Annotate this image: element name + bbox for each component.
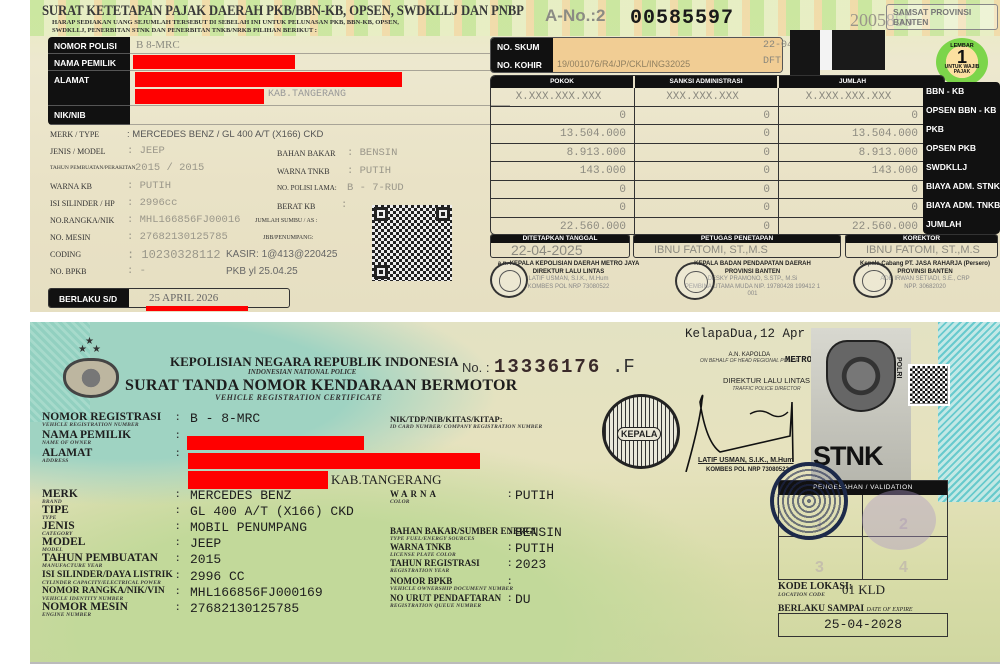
tax-cell-jumlah: 0 [779,107,926,125]
tax-row: 22.560.000022.560.000 [491,218,944,236]
redaction-smudge [790,30,820,75]
redaction-bar [133,55,295,69]
validation-stamp-icon [862,490,936,550]
field-label: ALAMATADDRESS [42,448,92,464]
tahun-value: 2015 / 2015 [135,162,204,174]
tax-cell-sanksi: XXX.XXX.XXX [635,88,779,106]
ditetapkan-tanggal: DITETAPKAN TANGGAL 22-04-2025 [490,234,630,258]
kepala-stamp-icon: KEPALA [602,394,680,469]
tax-cell-sanksi: 0 [635,144,779,162]
field-label: ISI SILINDER/DAYA LISTRIKCYLINDER CAPACI… [42,570,173,586]
signer-name: LATIF USMAN, S.I.K., M.Hum [698,457,794,464]
field-label: NOMOR RANGKA/NIK/VINVEHICLE IDENTITY NUM… [42,586,165,602]
tax-cell-pokok: 8.913.000 [491,144,635,162]
berlaku-sd-value: 25 APRIL 2026 [129,289,289,307]
no-polisi-lama-value: B - 7-RUD [347,182,404,194]
tax-cell-pokok: 13.504.000 [491,125,635,143]
tax-row: 13.504.000013.504.000 [491,125,944,144]
row-nama-pemilik: NAMA PEMILIK [48,54,510,71]
redaction-bar [135,72,402,87]
korektor: KOREKTOR IBNU FATOMI, ST.,M.S [845,234,998,258]
tax-cell-pokok: 0 [491,181,635,199]
police-shield-icon [826,340,896,412]
tax-cell-pokok: 143.000 [491,162,635,180]
petugas-penetapan: PETUGAS PENETAPAN IBNU FATOMI, ST.,M.S [633,234,841,258]
signing-section: DITETAPKAN TANGGAL 22-04-2025 PETUGAS PE… [490,234,998,258]
kasir-note: KASIR: 1@413@220425 [226,249,337,260]
field-value: 2996 CC [190,569,245,584]
field-value: PUTIH [515,488,554,503]
field-label: NOMOR MESINENGINE NUMBER [42,602,128,618]
field-value: GL 400 A/T (X166) CKD [190,504,354,519]
tax-cell-jumlah: X.XXX.XXX.XXX [779,88,926,106]
tax-cell-jumlah: 13.504.000 [779,125,926,143]
field-value: MOBIL PENUMPANG [190,520,307,535]
field-value: 2023 [515,557,546,572]
signer-nrp: KOMBES POL NRP 73080522 [706,467,789,473]
field-label: MERKBRAND [42,489,78,505]
redaction-bar [188,453,480,469]
kode-lokasi-value: 01 KLD [842,582,885,598]
field-label: NAMA PEMILIKNAME OF OWNER [42,430,131,446]
berlaku-sd-box: BERLAKU S/D 25 APRIL 2026 [48,288,290,308]
stnk-hologram: STNK [811,328,911,488]
warna-tnkb-value: : PUTIH [347,165,391,177]
samsat-label: SAMSAT PROVINSI BANTEN [886,4,998,30]
document-serial: 00585597 [630,7,734,30]
tax-cell-jumlah: 8.913.000 [779,144,926,162]
field-label: TAHUN PEMBUATANMANUFACTURE YEAR [42,553,158,569]
field-value: 27682130125785 [190,601,299,616]
qr-code [372,205,452,281]
redaction-bar [146,306,248,311]
jasa-raharja-seal-icon [853,262,893,298]
owner-identity-box: NOMOR POLISI B 8-MRC NAMA PEMILIK ALAMAT… [48,37,510,125]
tax-cell-pokok: 0 [491,107,635,125]
tax-row: X.XXX.XXX.XXXXXX.XXX.XXXX.XXX.XXX.XXX [491,88,944,107]
warna-kb-value: : PUTIH [127,180,171,192]
tax-cell-jumlah: 0 [779,199,926,217]
field-value: BENSIN [515,525,562,540]
row-nomor-polisi: NOMOR POLISI B 8-MRC [48,37,510,54]
merk-type-value: : MERCEDES BENZ / GL 400 A/T (X166) CKD [127,129,323,140]
field-label: WARNACOLOR [390,489,439,505]
skum-kohir-box: NO. SKUM NO. KOHIR 19/001076/R4/JP/CKL/I… [490,37,783,73]
form-number: A-No.:2 [545,6,605,26]
field-value: B - 8-MRC [190,411,260,426]
field-value: MERCEDES BENZ [190,488,291,503]
field-value: MHL166856FJ000169 [190,585,323,600]
stnk-number: 13336176 [494,356,601,378]
nomor-polisi-value: B 8-MRC [130,37,510,54]
skum-value [553,38,782,56]
dft-label: DFT [763,56,781,67]
skpd-title: SURAT KETETAPAN PAJAK DAERAH PKB/BBN-KB,… [42,3,524,20]
police-seal-icon [490,262,528,298]
tax-row: 8.913.00008.913.000 [491,144,944,163]
no-mesin-value: : 27682130125785 [127,231,228,243]
tax-cell-sanksi: 0 [635,162,779,180]
tax-row: 000 [491,181,944,200]
field-label: MODELMODEL [42,537,85,553]
field-value: JEEP [190,536,221,551]
skpd-instructions: HARAP SEDIAKAN UANG SEJUMLAH TERSEBUT DI… [52,19,472,35]
redaction-smudge [830,30,885,70]
star-icon: ★ [78,344,87,355]
tax-cell-pokok: X.XXX.XXX.XXX [491,88,635,106]
row-nik-nib: NIK/NIB [48,106,510,125]
tax-cell-sanksi: 0 [635,199,779,217]
jenis-model-value: : JEEP [127,145,165,157]
field-value: PUTIH [515,541,554,556]
tax-cell-sanksi: 0 [635,181,779,199]
field-label: JENISCATEGORY [42,521,75,537]
tax-cell-pokok: 22.560.000 [491,218,635,236]
tax-row-labels: BBN - KB OPSEN BBN - KB PKB OPSEN PKB SW… [923,82,1000,234]
redaction-bar [187,436,364,450]
field-label: NO URUT PENDAFTARANREGISTRATION QUEUE NU… [390,593,501,609]
field-label: NOMOR BPKBVEHICLE OWNERSHIP DOCUMENT NUM… [390,576,513,592]
tax-cell-sanksi: 0 [635,125,779,143]
tax-row: 000 [491,199,944,218]
alamat-kabupaten: KAB.TANGERANG [268,89,346,100]
kepala-blue-stamp-icon [770,462,848,540]
tax-cell-jumlah: 143.000 [779,162,926,180]
tax-cell-pokok: 0 [491,199,635,217]
berlaku-sampai-value: 25-04-2028 [778,613,948,637]
tax-cell-sanksi: 0 [635,218,779,236]
field-label: NOMOR REGISTRASIVEHICLE REGISTRATION NUM… [42,412,161,428]
polri-emblem-icon: ★ ★ ★ [63,344,119,396]
no-rangka-value: : MHL166856FJ00016 [127,214,240,226]
row-alamat: ALAMAT KAB.TANGERANG [48,71,510,106]
isi-silinder-value: : 2996cc [127,197,177,209]
tax-row: 000 [491,107,944,126]
vehicle-details: MERK / TYPE : MERCEDES BENZ / GL 400 A/T… [50,127,490,292]
coding-value: : 10230328112 [127,248,221,262]
tax-cell-jumlah: 22.560.000 [779,218,926,236]
pkb-note: PKB yl 25.04.25 [226,266,298,277]
tax-table: POKOK SANKSI ADMINISTRASI JUMLAH X.XXX.X… [490,75,945,235]
tax-cell-sanksi: 0 [635,107,779,125]
field-label: WARNA TNKBLICENSE PLATE COLOR [390,542,456,558]
field-label: TIPETYPE [42,505,69,521]
tax-row: 143.0000143.000 [491,162,944,181]
field-label: TAHUN REGISTRASIREGISTRATION YEAR [390,558,480,574]
stnk-certificate: ★ ★ ★ KEPOLISIAN NEGARA REPUBLIK INDONES… [30,322,1000,662]
redaction-bar [135,89,264,104]
redaction-bar [188,471,328,489]
nik-label: NIK/TDP/NIB/KITAS/KITAP: ID CARD NUMBER/… [390,414,542,430]
kohir-value: 19/001076/R4/JP/CKL/ING32025 [553,56,782,73]
no-bpkb-value: : - [127,265,146,277]
field-value: DU [515,592,531,607]
alamat-kabupaten: KAB.TANGERANG [331,472,442,488]
tax-cell-jumlah: 0 [779,181,926,199]
bapenda-seal-icon [675,262,715,300]
star-icon: ★ [92,344,101,355]
bahan-bakar-value: : BENSIN [347,147,397,159]
qr-code [908,364,950,406]
field-value: 2015 [190,552,221,567]
